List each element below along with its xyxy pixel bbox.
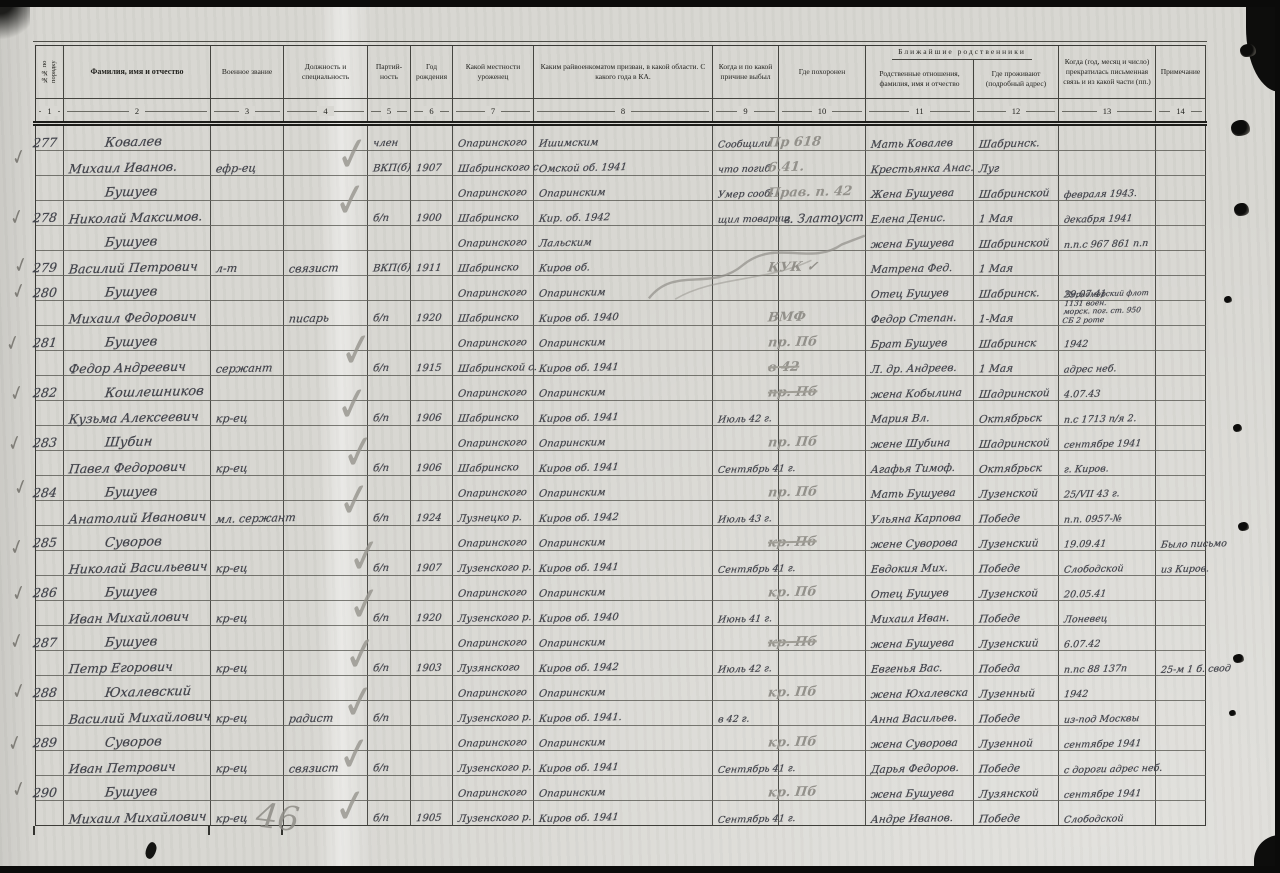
table-cell: Бушуев	[64, 476, 211, 501]
record-number: 285	[32, 536, 57, 549]
table-cell: Лузнецко р.	[453, 501, 534, 526]
cell-text: Лузенского р.	[457, 813, 532, 825]
table-cell: Лузенского р.	[453, 551, 534, 576]
cell-text: Шабринско	[457, 413, 519, 424]
cell-text: 25/VII 43 г.	[1063, 489, 1120, 500]
table-cell: Опаринского	[453, 426, 534, 451]
worm-hole	[1240, 44, 1256, 57]
cell-text: б/п	[372, 814, 389, 824]
table-cell	[211, 376, 284, 401]
table-cell	[779, 501, 866, 526]
surname: Бушуев	[104, 785, 158, 799]
table-cell	[284, 676, 368, 701]
column-number-10: 10	[779, 98, 866, 123]
cell-text: жена Кобылина	[870, 387, 962, 400]
cell-text: г. Златоуст	[783, 211, 864, 225]
cell-text: кр. Пб	[767, 735, 817, 749]
cell-text: Опаринского	[457, 438, 527, 450]
table-cell: Михаил Иванов.	[64, 151, 211, 176]
table-cell: л-т	[211, 251, 284, 276]
table-cell: Суворов	[64, 526, 211, 551]
table-cell: Победе	[974, 601, 1059, 626]
table-cell: б/п	[368, 651, 411, 676]
cell-text: кр-ец	[215, 763, 248, 775]
table-cell: связист	[284, 751, 368, 776]
table-cell: ВКП(б)	[368, 151, 411, 176]
table-cell: Кузьма Алексеевич	[64, 401, 211, 426]
table-cell: Опаринского	[453, 676, 534, 701]
worm-hole	[1233, 424, 1242, 432]
table-cell	[1156, 501, 1206, 526]
table-cell: Кошлешников	[64, 376, 211, 401]
table-cell: 25/VII 43 г.	[1059, 476, 1156, 501]
table-cell: жена Юхалевска	[866, 676, 974, 701]
cell-text: 1905	[415, 814, 442, 825]
table-cell: Шабринск.	[974, 126, 1059, 151]
record-number: 286	[32, 586, 57, 599]
cell-text: 20.05.41	[1063, 589, 1107, 600]
cell-text: б/п	[372, 214, 389, 224]
cell-text: Победе	[978, 513, 1020, 524]
record-number-cell	[36, 751, 64, 776]
table-cell: Опаринского	[453, 276, 534, 301]
table-cell	[211, 126, 284, 151]
table-cell: Октябрьск	[974, 451, 1059, 476]
table-cell	[713, 226, 779, 251]
cell-text: Опаринского	[457, 788, 527, 800]
surname: Бушуев	[104, 635, 158, 649]
table-cell	[411, 476, 453, 501]
table-cell: Победа	[974, 651, 1059, 676]
table-cell	[1156, 276, 1206, 301]
table-cell: сентябре 1941	[1059, 776, 1156, 801]
table-cell: с дороги адрес неб.	[1059, 751, 1156, 776]
table-cell: Лузенской	[974, 576, 1059, 601]
table-cell	[284, 576, 368, 601]
table-cell: Бушуев	[64, 226, 211, 251]
cell-text: адрес неб.	[1063, 364, 1117, 375]
table-cell	[411, 726, 453, 751]
scan-edge	[0, 0, 1280, 7]
table-cell: пр. Пб	[779, 476, 866, 501]
table-cell: Шабринско	[453, 251, 534, 276]
record-number-cell: 290	[36, 776, 64, 801]
table-cell: Бушуев	[64, 326, 211, 351]
cell-text: 1-Мая	[978, 313, 1014, 324]
cell-text: Победе	[978, 813, 1020, 824]
table-cell	[211, 226, 284, 251]
column-header-1: №№ по порядку	[36, 46, 64, 98]
table-cell	[779, 601, 866, 626]
cell-text: связист	[288, 762, 339, 774]
cell-text: Мать Ковалев	[870, 138, 953, 150]
table-cell: Киров об.	[534, 251, 713, 276]
table-cell: Жена Бушуева	[866, 176, 974, 201]
table-cell: Шабринско	[453, 401, 534, 426]
surname: Кошлешников	[104, 385, 204, 400]
cell-text: б/п	[372, 364, 389, 374]
table-cell: Опаринским	[534, 726, 713, 751]
table-cell: б/п	[368, 501, 411, 526]
record-number: 281	[32, 336, 57, 349]
table-cell: Июль 42 г.	[713, 401, 779, 426]
rule-extension	[33, 826, 35, 835]
table-cell: г. Киров.	[1059, 451, 1156, 476]
cell-text: 1907	[415, 564, 442, 575]
table-cell: кр-ец	[211, 601, 284, 626]
table-cell	[1156, 426, 1206, 451]
table-cell: жене Суворова	[866, 526, 974, 551]
table-cell: Агафья Тимоф.	[866, 451, 974, 476]
cell-text: Лальским	[538, 238, 592, 249]
cell-text: в 42	[767, 361, 800, 375]
table-cell	[411, 326, 453, 351]
given-name: Михаил Федорович	[68, 310, 197, 326]
column-number-14: 14	[1156, 98, 1206, 123]
table-cell: Опаринским	[534, 526, 713, 551]
cell-text: Июль 42 г.	[717, 664, 772, 675]
worm-hole	[1238, 522, 1249, 531]
relatives-group-header: Ближайшие родственники	[866, 46, 1059, 60]
table-cell: Шабринско	[453, 301, 534, 326]
table-cell: Киров об. 1941	[534, 401, 713, 426]
table-cell	[1156, 301, 1206, 326]
table-cell: Слободской	[1059, 801, 1156, 826]
record-number-cell	[36, 801, 64, 826]
column-header-12: Где проживают (подробный адрес)	[974, 60, 1059, 98]
cell-text: Опаринским	[538, 188, 606, 200]
column-number-1: 1	[36, 98, 64, 123]
table-cell: кр. Пб	[779, 526, 866, 551]
table-cell: Опаринского	[453, 476, 534, 501]
table-cell: Шадринской	[974, 426, 1059, 451]
record-number: 283	[32, 436, 57, 449]
table-cell: Лузенный	[974, 676, 1059, 701]
table-cell: 19.09.41	[1059, 526, 1156, 551]
table-cell	[1156, 326, 1206, 351]
table-cell: Опаринского	[453, 576, 534, 601]
column-number-2: 2	[64, 98, 211, 123]
cell-text: Сообщили	[717, 139, 771, 150]
cell-text: п.п. 0957-№	[1063, 514, 1122, 525]
table-cell: Евдокия Мих.	[866, 551, 974, 576]
cell-text: 1 Мая	[978, 363, 1013, 374]
column-header-8: Каким райвоенкоматом призван, в какой об…	[534, 46, 713, 98]
table-cell	[284, 626, 368, 651]
surname: Бушуев	[104, 335, 158, 349]
cell-text: Октябрьск	[978, 463, 1042, 475]
column-header-6: Год рождения	[411, 46, 453, 98]
table-cell: Июль 43 г.	[713, 501, 779, 526]
worm-hole	[1233, 654, 1244, 663]
table-cell: Опаринским	[534, 576, 713, 601]
table-cell: жена Суворова	[866, 726, 974, 751]
cell-text: Киров об. 1940	[538, 313, 619, 325]
table-cell	[368, 476, 411, 501]
table-cell: Киров об. 1941.	[534, 701, 713, 726]
cell-text: г. Киров.	[1063, 464, 1109, 475]
cell-text: Агафья Тимоф.	[870, 462, 956, 475]
table-cell	[284, 401, 368, 426]
cell-text: б/п	[372, 314, 389, 324]
table-cell	[368, 576, 411, 601]
table-cell: Лузянского	[453, 651, 534, 676]
table-cell: Николай Максимов.	[64, 201, 211, 226]
cell-text: Л. др. Андреев.	[870, 362, 957, 375]
table-cell: 6.41.	[779, 151, 866, 176]
surname: Бушуев	[104, 235, 158, 249]
table-cell: Федор Андреевич	[64, 351, 211, 376]
cell-text: Лузнецко р.	[457, 513, 522, 525]
table-cell: Опаринским	[534, 326, 713, 351]
cell-text: 1924	[415, 514, 442, 525]
cell-text: Лузенный	[978, 688, 1035, 700]
cell-text: Отец Бушуев	[870, 288, 949, 300]
record-number-cell	[36, 226, 64, 251]
cell-text: 1942	[1063, 339, 1088, 349]
cell-text: Опаринского	[457, 238, 527, 250]
cell-text: кр-ец	[215, 713, 248, 725]
table-cell	[1156, 201, 1206, 226]
table-cell: Бушуев	[64, 626, 211, 651]
record-number: 287	[32, 636, 57, 649]
table-cell: адрес неб.	[1059, 351, 1156, 376]
cell-text: Брат Бушуев	[870, 338, 948, 350]
footer-pencil-note: 46	[254, 796, 302, 841]
table-cell: сентябре 1941	[1059, 426, 1156, 451]
cell-text: Опаринского	[457, 288, 527, 300]
cell-text: Кир. об. 1942	[538, 213, 610, 225]
table-cell: связист	[284, 251, 368, 276]
table-cell: Опаринским	[534, 426, 713, 451]
table-cell	[211, 301, 284, 326]
table-cell	[284, 351, 368, 376]
cell-text: ефр-ец	[215, 163, 256, 175]
cell-text: член	[372, 139, 398, 150]
table-cell: Федор Степан.	[866, 301, 974, 326]
cell-text: Евгенья Вас.	[870, 663, 943, 675]
cell-text: Шабринск.	[978, 288, 1040, 300]
table-cell	[211, 426, 284, 451]
table-cell	[1156, 251, 1206, 276]
table-cell: Октябрьск	[974, 401, 1059, 426]
cell-text: Киров об. 1941	[538, 363, 619, 375]
table-cell: Пр 618	[779, 126, 866, 151]
cell-text: кр. Пб	[767, 785, 817, 799]
table-cell: Киров об. 1940	[534, 301, 713, 326]
record-number-cell: 283	[36, 426, 64, 451]
cell-text: Шабринск	[978, 338, 1037, 350]
record-number-cell: 279	[36, 251, 64, 276]
table-cell: сентябре 1941	[1059, 726, 1156, 751]
record-number: 289	[32, 736, 57, 749]
table-cell	[1156, 176, 1206, 201]
cell-text: Лузенский	[978, 638, 1039, 650]
given-name: Иван Михайлович	[68, 610, 190, 625]
surname: Бушуев	[104, 485, 158, 499]
cell-text: ВМФ	[767, 311, 806, 325]
table-cell: Прав. п. 42	[779, 176, 866, 201]
table-cell: б/п	[368, 401, 411, 426]
cell-text: Слободской	[1063, 564, 1124, 575]
table-cell: 1906	[411, 451, 453, 476]
table-cell: кр-ец	[211, 401, 284, 426]
table-cell: 1907	[411, 151, 453, 176]
surname: Суворов	[104, 535, 162, 549]
cell-text: Опаринского	[457, 188, 527, 200]
table-cell	[411, 576, 453, 601]
table-cell: Победе	[974, 751, 1059, 776]
column-header-9: Когда и по какой причине выбыл	[713, 46, 779, 98]
cell-text: Шабринского с.	[457, 163, 542, 175]
cell-text: жене Суворова	[870, 537, 958, 550]
table-cell	[779, 801, 866, 826]
cell-text: Киров об. 1941	[538, 813, 619, 825]
table-cell: Омской об. 1941	[534, 151, 713, 176]
table-cell	[411, 701, 453, 726]
table-cell	[779, 551, 866, 576]
cell-text: Киров об. 1942	[538, 513, 619, 525]
cell-text: февраля 1943.	[1063, 189, 1137, 200]
cell-text: Июль 42 г.	[717, 414, 772, 425]
table-cell: Шабринско	[453, 201, 534, 226]
table-cell: 20.05.41	[1059, 576, 1156, 601]
cell-text: Победе	[978, 713, 1020, 724]
table-cell: Дарья Федоров.	[866, 751, 974, 776]
table-cell: Кир. об. 1942	[534, 201, 713, 226]
cell-text: 1907	[415, 164, 442, 175]
cell-text: Опаринского	[457, 388, 527, 400]
cell-text: Лузенского р.	[457, 613, 532, 625]
record-number: 288	[32, 686, 57, 699]
cell-text: 1906	[415, 464, 442, 475]
cell-text: Киров об. 1942	[538, 663, 619, 675]
cell-text: Опаринского	[457, 338, 527, 350]
cell-text: 1920	[415, 314, 442, 325]
rule-extension	[208, 826, 210, 835]
given-name: Павел Федорович	[68, 460, 187, 475]
table-cell: член	[368, 126, 411, 151]
table-cell: кр-ец	[211, 701, 284, 726]
cell-text: Киров об.	[538, 263, 590, 274]
cell-text: Киров об. 1941	[538, 763, 619, 775]
cell-text: 6.41.	[767, 161, 805, 175]
cell-text: жена Бушуева	[870, 637, 955, 650]
column-number-4: 4	[284, 98, 368, 123]
table-cell: Лоневец	[1059, 601, 1156, 626]
cell-text: 1900	[415, 214, 442, 225]
table-cell	[368, 776, 411, 801]
table-cell: 1942	[1059, 326, 1156, 351]
table-cell: Юхалевский	[64, 676, 211, 701]
table-cell: Лузенской	[974, 476, 1059, 501]
cell-text: п.пс 88 137п	[1063, 664, 1127, 675]
table-cell: Опаринского	[453, 626, 534, 651]
cell-text: Киров об. 1940	[538, 613, 619, 625]
table-cell: Киров об. 1942	[534, 651, 713, 676]
surname: Ковалев	[104, 135, 162, 149]
cell-text: Черноморский флот 1131 воен.морск. пог. …	[1062, 288, 1155, 325]
table-cell: Брат Бушуев	[866, 326, 974, 351]
table-cell	[368, 726, 411, 751]
table-cell: 4.07.43	[1059, 376, 1156, 401]
record-number-cell: 288	[36, 676, 64, 701]
cell-text: Победе	[978, 763, 1020, 774]
table-cell: Опаринского	[453, 326, 534, 351]
record-number-cell: 284	[36, 476, 64, 501]
table-cell	[368, 326, 411, 351]
table-cell: Шадринской	[974, 376, 1059, 401]
table-cell	[368, 676, 411, 701]
cell-text: Мать Бушуева	[870, 487, 956, 500]
record-number: 280	[32, 286, 57, 299]
given-name: Иван Петрович	[68, 760, 176, 775]
cell-text: кр-ец	[215, 463, 248, 475]
cell-text: Лузенский	[978, 538, 1039, 550]
given-name: Федор Андреевич	[68, 360, 187, 375]
table-cell	[779, 401, 866, 426]
table-cell	[1059, 151, 1156, 176]
cell-text: Шабринской	[978, 238, 1050, 250]
table-cell: кр-ец	[211, 751, 284, 776]
table-cell: кр. Пб	[779, 676, 866, 701]
table-cell: 1 Мая	[974, 351, 1059, 376]
worm-hole	[1224, 296, 1232, 303]
cell-text: Елена Денис.	[870, 213, 946, 225]
table-cell	[211, 526, 284, 551]
table-cell: б/п	[368, 451, 411, 476]
table-cell	[284, 376, 368, 401]
cell-text: Шабринско	[457, 463, 519, 474]
cell-text: Лузенского р.	[457, 563, 532, 575]
table-cell: 1920	[411, 601, 453, 626]
table-cell: Киров об. 1941	[534, 351, 713, 376]
table-cell	[368, 226, 411, 251]
table-cell: Павел Федорович	[64, 451, 211, 476]
table-cell	[368, 376, 411, 401]
record-number-cell	[36, 176, 64, 201]
table-cell	[211, 676, 284, 701]
table-cell: Михаил Михайлович	[64, 801, 211, 826]
table-cell: б/п	[368, 301, 411, 326]
table-cell	[284, 451, 368, 476]
table-cell	[1156, 576, 1206, 601]
cell-text: жена Бушуева	[870, 237, 955, 250]
cell-text: Киров об. 1941	[538, 463, 619, 475]
table-cell: Шабринск	[974, 326, 1059, 351]
cell-text: Опаринского	[457, 538, 527, 550]
cell-text: Опаринским	[538, 638, 606, 650]
table-cell: Лальским	[534, 226, 713, 251]
table-cell: сержант	[211, 351, 284, 376]
cell-text: Шабринско	[457, 263, 519, 274]
table-cell: 1906	[411, 401, 453, 426]
cell-text: жене Шубина	[870, 438, 951, 450]
cell-text: 25-м 1 б. свод	[1160, 664, 1231, 675]
worm-hole	[1234, 203, 1249, 216]
cell-text: КУК ✓	[767, 260, 818, 274]
cell-text: Опаринским	[538, 488, 606, 500]
table-cell: 1-Мая	[974, 301, 1059, 326]
cell-text: Было письмо	[1160, 539, 1227, 550]
cell-text: что погиб	[717, 164, 770, 175]
record-number-cell: 287	[36, 626, 64, 651]
cell-text: Октябрьск	[978, 413, 1042, 425]
table-cell: Суворов	[64, 726, 211, 751]
record-number: 277	[32, 136, 57, 149]
table-cell	[779, 651, 866, 676]
column-number-13: 13	[1059, 98, 1156, 123]
